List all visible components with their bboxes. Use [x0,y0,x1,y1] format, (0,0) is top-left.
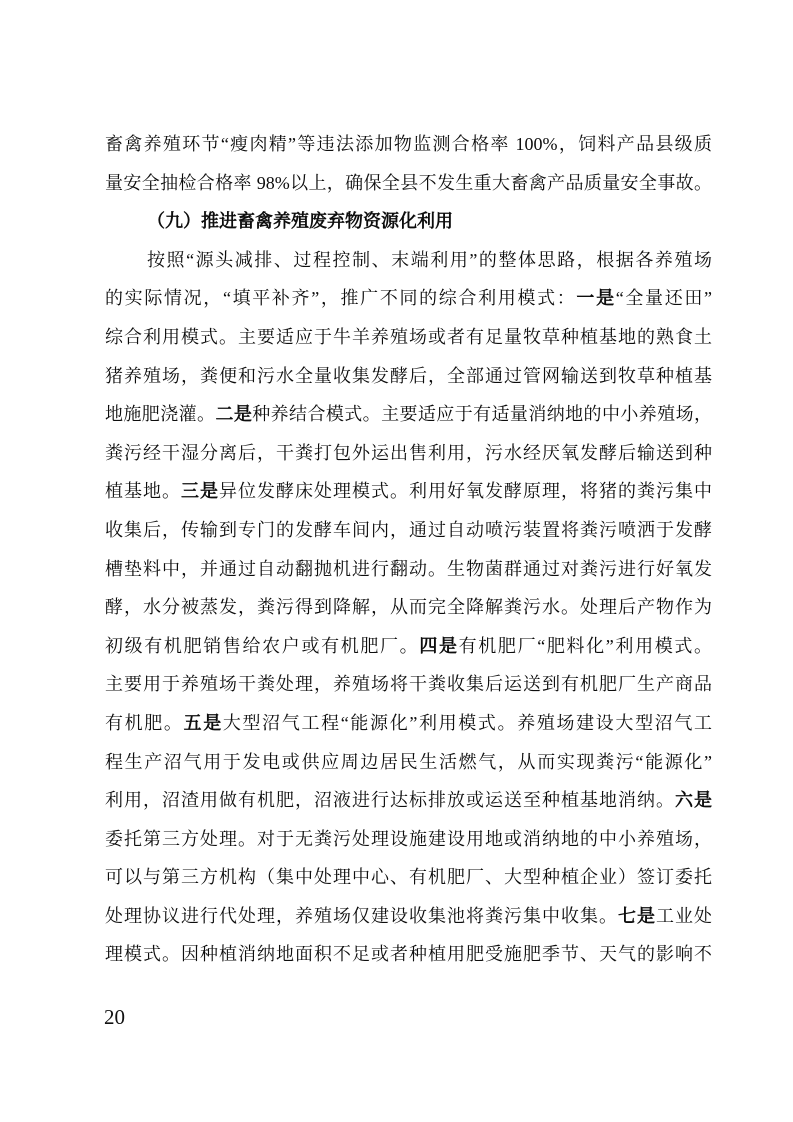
bold-ordinal: 六是 [675,790,712,810]
text-segment: 猪养殖场，粪便和污水全量收集发酵后，全部通过管网输送到牧草种植基 [105,366,712,386]
text-line: 理模式。因种植消纳地面积不足或者种植用肥受施肥季节、天气的影响不 [105,935,712,974]
bold-ordinal: 五是 [184,713,223,733]
text-line: 有机肥。五是大型沼气工程“能源化”利用模式。养殖场建设大型沼气工 [105,704,712,743]
text-line: 收集后，传输到专门的发酵车间内，通过自动喷污装置将粪污喷洒于发酵 [105,511,712,550]
document-page: 畜禽养殖环节“瘦肉精”等违法添加物监测合格率 100%，饲料产品县级质量安全抽检… [0,0,793,1122]
text-segment: 有机肥厂“肥料化”利用模式。 [459,636,712,656]
text-line: 初级有机肥销售给农户或有机肥厂。四是有机肥厂“肥料化”利用模式。 [105,627,712,666]
text-segment: 畜禽养殖环节“瘦肉精”等违法添加物监测合格率 100%，饲料产品县级质 [105,134,712,154]
bold-ordinal: 七是 [618,906,656,926]
text-line: 地施肥浇灌。二是种养结合模式。主要适应于有适量消纳地的中小养殖场， [105,395,712,434]
bold-ordinal: 四是 [419,636,458,656]
text-segment: 酵，水分被蒸发，粪污得到降解，从而完全降解粪污水。处理后产物作为 [105,597,712,617]
page-number: 20 [104,1002,125,1032]
text-line: 委托第三方处理。对于无粪污处理设施建设用地或消纳地的中小养殖场， [105,820,712,859]
text-line: 量安全抽检合格率 98%以上，确保全县不发生重大畜禽产品质量安全事故。 [105,164,712,203]
section-heading: （九）推进畜禽养殖废弃物资源化利用 [105,202,712,241]
text-segment: 综合利用模式。主要适应于牛羊养殖场或者有足量牧草种植基地的熟食土 [105,327,712,347]
text-line: 综合利用模式。主要适应于牛羊养殖场或者有足量牧草种植基地的熟食土 [105,318,712,357]
text-segment: 程生产沼气用于发电或供应周边居民生活燃气，从而实现粪污“能源化” [105,752,712,772]
bold-ordinal: 三是 [181,481,219,501]
text-line: 主要用于养殖场干粪处理，养殖场将干粪收集后运送到有机肥厂生产商品 [105,665,712,704]
text-segment: “全量还田” [616,288,712,308]
text-line: 酵，水分被蒸发，粪污得到降解，从而完全降解粪污水。处理后产物作为 [105,588,712,627]
text-segment: 粪污经干湿分离后，干粪打包外运出售利用，污水经厌氧发酵后输送到种 [105,443,712,463]
text-line: 按照“源头减排、过程控制、末端利用”的整体思路，根据各养殖场 [105,241,712,280]
text-segment: 大型沼气工程“能源化”利用模式。养殖场建设大型沼气工 [223,713,712,733]
text-block: 畜禽养殖环节“瘦肉精”等违法添加物监测合格率 100%，饲料产品县级质量安全抽检… [105,125,712,974]
text-line: 植基地。三是异位发酵床处理模式。利用好氧发酵原理，将猪的粪污集中 [105,472,712,511]
text-segment: 种养结合模式。主要适应于有适量消纳地的中小养殖场， [252,404,712,424]
text-segment: 有机肥。 [105,713,184,733]
text-segment: 理模式。因种植消纳地面积不足或者种植用肥受施肥季节、天气的影响不 [105,944,712,964]
text-segment: 异位发酵床处理模式。利用好氧发酵原理，将猪的粪污集中 [219,481,712,501]
text-segment: 可以与第三方机构（集中处理中心、有机肥厂、大型种植企业）签订委托 [105,867,712,887]
bold-ordinal: 一是 [576,288,615,308]
text-segment: 处理协议进行代处理，养殖场仅建设收集池将粪污集中收集。 [105,906,618,926]
text-line: 粪污经干湿分离后，干粪打包外运出售利用，污水经厌氧发酵后输送到种 [105,434,712,473]
text-segment: 植基地。 [105,481,181,501]
text-segment: 工业处 [656,906,712,926]
text-segment: 量安全抽检合格率 98%以上，确保全县不发生重大畜禽产品质量安全事故。 [105,173,712,193]
text-line: 猪养殖场，粪便和污水全量收集发酵后，全部通过管网输送到牧草种植基 [105,357,712,396]
text-segment: 初级有机肥销售给农户或有机肥厂。 [105,636,419,656]
text-line: 槽垫料中，并通过自动翻抛机进行翻动。生物菌群通过对粪污进行好氧发 [105,550,712,589]
text-segment: 委托第三方处理。对于无粪污处理设施建设用地或消纳地的中小养殖场， [105,829,712,849]
text-segment: 槽垫料中，并通过自动翻抛机进行翻动。生物菌群通过对粪污进行好氧发 [105,559,712,579]
text-segment: 主要用于养殖场干粪处理，养殖场将干粪收集后运送到有机肥厂生产商品 [105,674,712,694]
bold-ordinal: （九）推进畜禽养殖废弃物资源化利用 [147,211,453,231]
text-line: 处理协议进行代处理，养殖场仅建设收集池将粪污集中收集。七是工业处 [105,897,712,936]
text-segment: 的实际情况，“填平补齐”，推广不同的综合利用模式： [105,288,576,308]
text-line: 利用，沼渣用做有机肥，沼液进行达标排放或运送至种植基地消纳。六是 [105,781,712,820]
text-segment: 收集后，传输到专门的发酵车间内，通过自动喷污装置将粪污喷洒于发酵 [105,520,712,540]
text-segment: 地施肥浇灌。 [105,404,215,424]
text-line: 畜禽养殖环节“瘦肉精”等违法添加物监测合格率 100%，饲料产品县级质 [105,125,712,164]
text-line: 可以与第三方机构（集中处理中心、有机肥厂、大型种植企业）签订委托 [105,858,712,897]
text-segment: 利用，沼渣用做有机肥，沼液进行达标排放或运送至种植基地消纳。 [105,790,675,810]
text-segment: 按照“源头减排、过程控制、末端利用”的整体思路，根据各养殖场 [147,250,712,270]
text-line: 程生产沼气用于发电或供应周边居民生活燃气，从而实现粪污“能源化” [105,743,712,782]
bold-ordinal: 二是 [215,404,252,424]
text-line: 的实际情况，“填平补齐”，推广不同的综合利用模式：一是“全量还田” [105,279,712,318]
